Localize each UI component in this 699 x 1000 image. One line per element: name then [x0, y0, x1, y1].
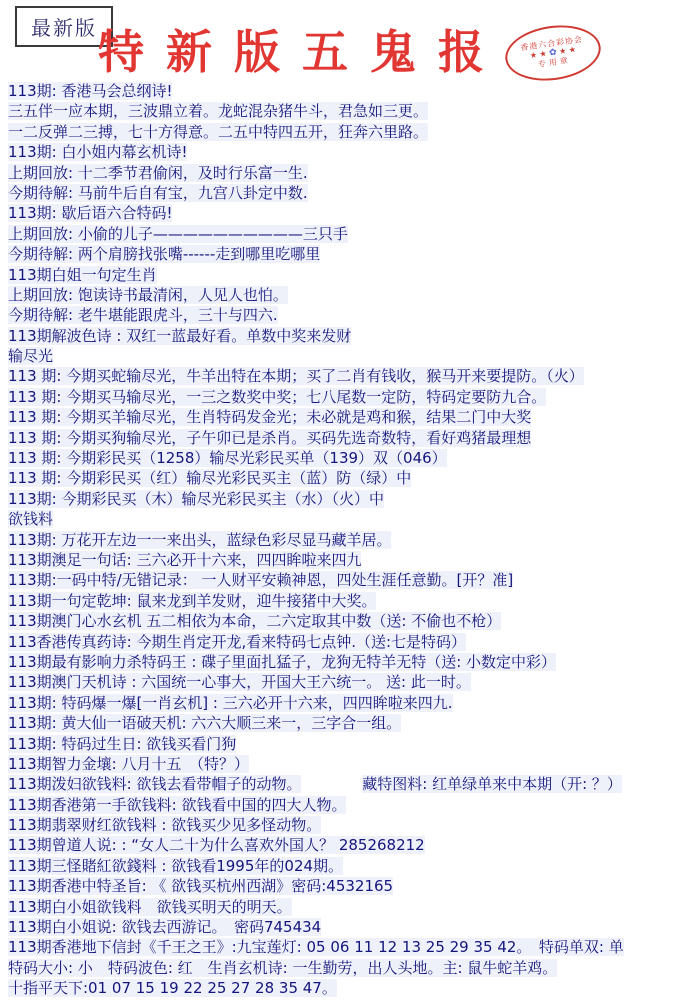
- page: 最新版 特新版五鬼报 香港六合彩协会 ★ ★ ✿ ★ ★ 专用章 113期: 香…: [0, 0, 699, 1000]
- text-line-text: 113期泼妇欲钱料: 欲钱去看带帽子的动物。: [8, 775, 301, 793]
- text-line: 上期回放: 小偷的儿子——————————三只手: [0, 224, 699, 244]
- text-line: 113期智力金壤: 八月十五 （特？）: [0, 754, 699, 774]
- text-line-text: 113期一句定乾坤: 鼠来龙到羊发财，迎牛接猪中大奖。: [8, 592, 376, 610]
- text-line-text: 三五伴一应本期，三波鼎立着。龙蛇混杂猪牛斗，君急如三更。: [8, 102, 428, 120]
- text-line-text: 113期: 香港马会总纲诗!: [8, 82, 172, 100]
- text-line-text: 一二反弹二三搏，七十方得意。二五中特四五开，狂奔六里路。: [8, 123, 428, 141]
- text-line: 113期白小姐说: 欲钱去西游记。 密码745434: [0, 917, 699, 937]
- text-line-text: 113期: 白小姐内幕玄机诗!: [8, 143, 187, 161]
- text-line: 113 期: 今期买马输尽光，一三之数奖中奖；七八尾数一定防，特码定要防九合。: [0, 387, 699, 407]
- text-line: 今期待解: 老牛堪能跟虎斗，三十与四六.: [0, 305, 699, 325]
- text-line: 113期香港地下信封《千王之王》:九宝莲灯: 05 06 11 12 13 25…: [0, 937, 699, 957]
- text-line: 113 期: 今期买蛇输尽光，牛羊出特在本期；买了二肖有钱收，猴马开来要提防。（…: [0, 366, 699, 386]
- text-line: 113期: 特码过生日: 欲钱买看门狗: [0, 734, 699, 754]
- text-line: 今期待解: 马前牛后自有宝，九宫八卦定中数.: [0, 183, 699, 203]
- text-line: 113 期: 今期彩民买（1258）输尽光彩民买单（139）双（046）: [0, 448, 699, 468]
- text-line: 上期回放: 十二季节君偷闲，及时行乐富一生.: [0, 163, 699, 183]
- text-line: 113 期: 今期买羊输尽光，生肖特码发金光；未必就是鸡和猴，结果二门中大奖: [0, 407, 699, 427]
- text-line-text: 113期: 今期彩民买（木）输尽光彩民买主（水）（火）中: [8, 490, 384, 508]
- text-line: 欲钱料: [0, 509, 699, 529]
- text-line: 113期: 香港马会总纲诗!: [0, 81, 699, 101]
- text-line: 三五伴一应本期，三波鼎立着。龙蛇混杂猪牛斗，君急如三更。: [0, 101, 699, 121]
- text-line: 十指平天下:01 07 15 19 22 25 27 28 35 47。: [0, 978, 699, 998]
- text-line-text: 113期澳门心水玄机 五二相依为本命，二六定取其中数（送: 不偷也不枪）: [8, 612, 501, 630]
- text-line-text: 113期最有影响力杀特码王 : 碟子里面扎猛子，龙狗无特羊无特（送: 小数定中彩…: [8, 653, 556, 671]
- text-line: 113期: 黄大仙一语破天机: 六六大顺三来一，三字合一组。: [0, 713, 699, 733]
- text-line-text: 113 期: 今期买狗输尽光，子午卯已是杀肖。买码先选奇数特，看好鸡猪最理想: [8, 429, 531, 447]
- page-title: 特新版五鬼报: [98, 16, 506, 82]
- text-line: 113期白小姐欲钱料 欲钱买明天的明天。: [0, 897, 699, 917]
- text-line-text: 特码大小: 小 特码波色: 红 生肖玄机诗: 一生勤劳，出人头地。主: 鼠牛蛇羊…: [8, 959, 557, 977]
- text-line-text: 上期回放: 小偷的儿子——————————三只手: [8, 225, 348, 243]
- text-line: 113期曾道人说: : “女人二十为什么喜欢外国人？ 285268212: [0, 835, 699, 855]
- text-line-text: 113 期: 今期买马输尽光，一三之数奖中奖；七八尾数一定防，特码定要防九合。: [8, 388, 546, 406]
- text-line-text: 今期待解: 老牛堪能跟虎斗，三十与四六.: [8, 306, 278, 324]
- text-line-text: 113期澳足一句话: 三六必开十六来，四四眸啦来四九: [8, 551, 361, 569]
- text-line-text: 113期香港地下信封《千王之王》:九宝莲灯: 05 06 11 12 13 25…: [8, 938, 624, 956]
- text-line: 113期香港中特圣旨: 《 欲钱买杭州西湖》密码:4532165: [0, 876, 699, 896]
- text-line: 113期澳门天机诗 : 六国统一心事大，开国大王六统一。 送: 此一时。: [0, 672, 699, 692]
- text-line-text: 113期白小姐欲钱料 欲钱买明天的明天。: [8, 898, 292, 916]
- text-line: 113期:一码中特/无错记录： 一人财平安赖神恩，四处生涯任意勤。[开？准]: [0, 570, 699, 590]
- text-line-text: 113期解波色诗 : 双红一蓝最好看。单数中奖来发财: [8, 327, 351, 345]
- text-line-text: 113期: 特码过生日: 欲钱买看门狗: [8, 735, 236, 753]
- text-line-text: 113 期: 今期彩民买（1258）输尽光彩民买单（139）双（046）: [8, 449, 447, 467]
- text-line: 特码大小: 小 特码波色: 红 生肖玄机诗: 一生勤劳，出人头地。主: 鼠牛蛇羊…: [0, 958, 699, 978]
- text-line: 113期香港第一手欲钱料: 欲钱看中国的四大人物。: [0, 795, 699, 815]
- text-line-text: 欲钱料: [8, 510, 53, 528]
- text-line: 113 期: 今期彩民买（红）输尽光彩民买主（蓝）防（绿）中: [0, 468, 699, 488]
- text-line-text: 113期: 歇后语六合特码!: [8, 204, 172, 222]
- text-line-text: 113期: 黄大仙一语破天机: 六六大顺三来一，三字合一组。: [8, 714, 401, 732]
- star-icons-right: ★ ★: [559, 45, 577, 56]
- text-line-text: 113期三怪賭紅欲錢料 : 欲钱看1995年的024期。: [8, 857, 343, 875]
- text-line-text: 113期香港中特圣旨: 《 欲钱买杭州西湖》密码:4532165: [8, 877, 393, 895]
- text-line: 113期: 白小姐内幕玄机诗!: [0, 142, 699, 162]
- text-line: 113期解波色诗 : 双红一蓝最好看。单数中奖来发财: [0, 326, 699, 346]
- text-line-text: 113香港传真药诗: 今期生肖定开龙,看来特码七点钟.（送:七是特码）: [8, 633, 466, 651]
- text-line-text: 今期待解: 两个肩膀找张嘴------走到哪里吃哪里: [8, 245, 320, 263]
- text-line: 113香港传真药诗: 今期生肖定开龙,看来特码七点钟.（送:七是特码）: [0, 632, 699, 652]
- text-line-text: 113期白姐一句定生肖: [8, 266, 157, 284]
- text-line: 113期: 歇后语六合特码!: [0, 203, 699, 223]
- text-line: 113期: 特码爆一爆[一肖玄机] : 三六必开十六来，四四眸啦来四九.: [0, 693, 699, 713]
- text-line-text: 113期澳门天机诗 : 六国统一心事大，开国大王六统一。 送: 此一时。: [8, 673, 471, 691]
- text-line: 输尽光: [0, 346, 699, 366]
- text-line-text: 113期:一码中特/无错记录： 一人财平安赖神恩，四处生涯任意勤。[开？准]: [8, 571, 513, 589]
- text-line-right: 藏特图料: 红单绿单来中本期（开: ？）: [362, 775, 622, 793]
- text-line-text: 113 期: 今期买蛇输尽光，牛羊出特在本期；买了二肖有钱收，猴马开来要提防。（…: [8, 367, 584, 385]
- text-line-text: 113期白小姐说: 欲钱去西游记。 密码745434: [8, 918, 321, 936]
- text-line-text: 今期待解: 马前牛后自有宝，九宫八卦定中数.: [8, 184, 308, 202]
- text-line-text: 113 期: 今期买羊输尽光，生肖特码发金光；未必就是鸡和猴，结果二门中大奖: [8, 408, 531, 426]
- text-line: 113期白姐一句定生肖: [0, 265, 699, 285]
- text-line-text: 113 期: 今期彩民买（红）输尽光彩民买主（蓝）防（绿）中: [8, 469, 411, 487]
- text-line-text: 113期: 特码爆一爆[一肖玄机] : 三六必开十六来，四四眸啦来四九.: [8, 694, 453, 712]
- text-line: 113期澳足一句话: 三六必开十六来，四四眸啦来四九: [0, 550, 699, 570]
- text-line: 113期翡翠财红欲钱料 : 欲钱买少见多怪动物。: [0, 815, 699, 835]
- lines-container: 113期: 香港马会总纲诗! 三五伴一应本期，三波鼎立着。龙蛇混杂猪牛斗，君急如…: [0, 81, 699, 999]
- text-line-text: 上期回放: 饱读诗书最清闲，人见人也怕。: [8, 286, 288, 304]
- text-line-text: 113期翡翠财红欲钱料 : 欲钱买少见多怪动物。: [8, 816, 321, 834]
- text-line-text: 113期香港第一手欲钱料: 欲钱看中国的四大人物。: [8, 796, 346, 814]
- text-line-text: 113期曾道人说: : “女人二十为什么喜欢外国人？ 285268212: [8, 836, 425, 854]
- page-header: 最新版 特新版五鬼报 香港六合彩协会 ★ ★ ✿ ★ ★ 专用章: [0, 0, 699, 81]
- text-line-text: 十指平天下:01 07 15 19 22 25 27 28 35 47。: [8, 979, 337, 997]
- text-line-text: 上期回放: 十二季节君偷闲，及时行乐富一生.: [8, 164, 308, 182]
- text-line-text: 113期: 万花开左边一一来出头，蓝绿色彩尽显马藏羊居。: [8, 531, 391, 549]
- association-seal: 香港六合彩协会 ★ ★ ✿ ★ ★ 专用章: [502, 20, 605, 87]
- text-line-text: 输尽光: [8, 347, 53, 365]
- text-line: 今期待解: 两个肩膀找张嘴------走到哪里吃哪里: [0, 244, 699, 264]
- text-line: 113期三怪賭紅欲錢料 : 欲钱看1995年的024期。: [0, 856, 699, 876]
- text-line: 113期: 今期彩民买（木）输尽光彩民买主（水）（火）中: [0, 489, 699, 509]
- text-line: 113期最有影响力杀特码王 : 碟子里面扎猛子，龙狗无特羊无特（送: 小数定中彩…: [0, 652, 699, 672]
- text-line: 113 期: 今期买狗输尽光，子午卯已是杀肖。买码先选奇数特，看好鸡猪最理想: [0, 428, 699, 448]
- text-line: 一二反弹二三搏，七十方得意。二五中特四五开，狂奔六里路。: [0, 122, 699, 142]
- text-line: 113期澳门心水玄机 五二相依为本命，二六定取其中数（送: 不偷也不枪）: [0, 611, 699, 631]
- text-line-text: 113期智力金壤: 八月十五 （特？）: [8, 755, 249, 773]
- text-line: 113期: 万花开左边一一来出头，蓝绿色彩尽显马藏羊居。: [0, 530, 699, 550]
- text-line: 113期一句定乾坤: 鼠来龙到羊发财，迎牛接猪中大奖。: [0, 591, 699, 611]
- text-line: 上期回放: 饱读诗书最清闲，人见人也怕。: [0, 285, 699, 305]
- text-line: 113期泼妇欲钱料: 欲钱去看带帽子的动物。 藏特图料: 红单绿单来中本期（开:…: [0, 774, 699, 794]
